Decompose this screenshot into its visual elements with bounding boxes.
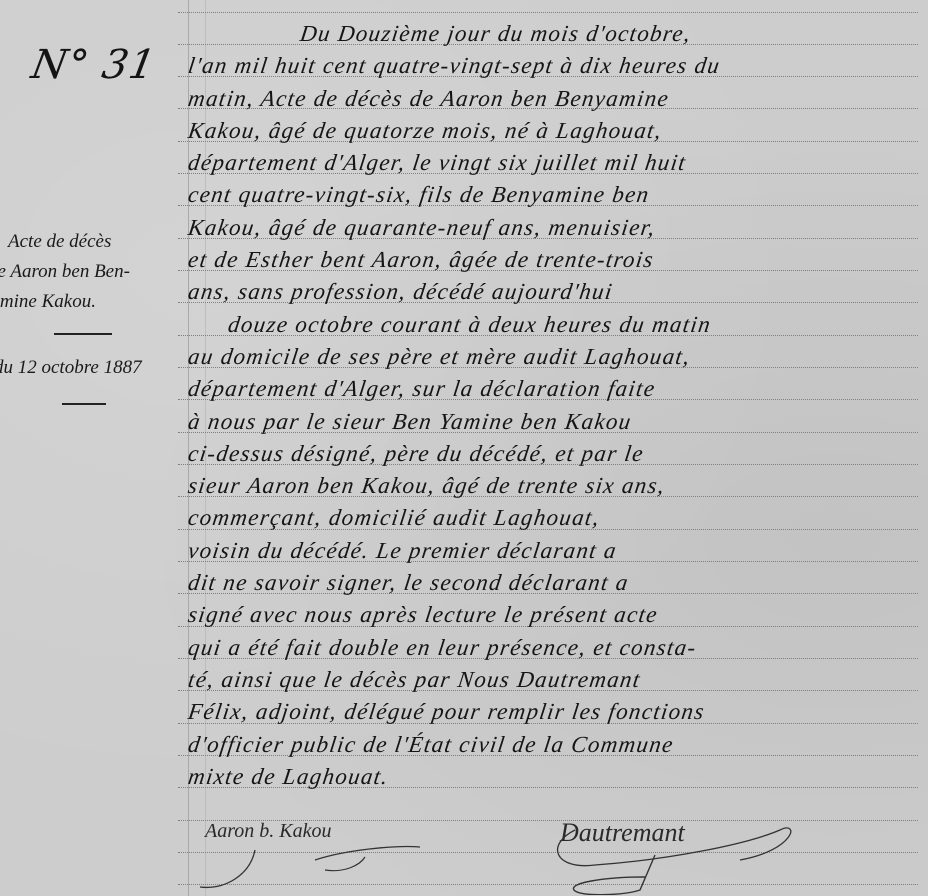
body-line: Félix, adjoint, délégué pour remplir les…: [186, 696, 928, 728]
body-line: Kakou, âgé de quatorze mois, né à Laghou…: [186, 115, 928, 147]
margin-note: Acte de décès de Aaron ben Ben- yamine K…: [0, 227, 178, 317]
body-line: ans, sans profession, décédé aujourd'hui: [186, 276, 928, 308]
register-page: N° 31 Acte de décès de Aaron ben Ben- ya…: [0, 0, 928, 896]
body-line: cent quatre-vingt-six, fils de Benyamine…: [186, 179, 928, 211]
body-line: et de Esther bent Aaron, âgée de trente-…: [186, 244, 928, 276]
body-line: dit ne savoir signer, le second déclaran…: [186, 567, 928, 599]
body-line: à nous par le sieur Ben Yamine ben Kakou: [186, 406, 928, 438]
act-body: Du Douzième jour du mois d'octobre, l'an…: [186, 18, 928, 793]
body-line: matin, Acte de décès de Aaron ben Benyam…: [186, 83, 928, 115]
body-line: sieur Aaron ben Kakou, âgé de trente six…: [186, 470, 928, 502]
body-line: département d'Alger, le vingt six juille…: [186, 147, 928, 179]
body-line: qui a été fait double en leur présence, …: [186, 632, 928, 664]
body-line: l'an mil huit cent quatre-vingt-sept à d…: [186, 50, 928, 82]
body-line: douze octobre courant à deux heures du m…: [186, 309, 928, 341]
body-line: voisin du décédé. Le premier déclarant a: [186, 535, 928, 567]
body-line: té, ainsi que le décès par Nous Dautrema…: [186, 664, 928, 696]
margin-note-line: yamine Kakou.: [0, 287, 178, 317]
body-line: Du Douzième jour du mois d'octobre,: [186, 18, 928, 50]
margin-note-line: de Aaron ben Ben-: [0, 257, 178, 287]
signature-flourish-icon: [195, 845, 425, 895]
body-line: au domicile de ses père et mère audit La…: [186, 341, 928, 373]
body-line: signé avec nous après lecture le présent…: [186, 599, 928, 631]
margin-date-line: du 12 octobre 1887: [0, 353, 178, 383]
margin-divider: [54, 333, 112, 335]
ruled-line: [178, 12, 918, 13]
margin-divider: [62, 403, 106, 405]
entry-number: N° 31: [28, 42, 160, 88]
body-line: commerçant, domicilié audit Laghouat,: [186, 502, 928, 534]
officer-flourish-icon: [545, 815, 805, 895]
body-line: d'officier public de l'État civil de la …: [186, 729, 928, 761]
declarant-signature: Aaron b. Kakou: [205, 820, 331, 843]
body-line: Kakou, âgé de quarante-neuf ans, menuisi…: [186, 212, 928, 244]
body-line: mixte de Laghouat.: [186, 761, 928, 793]
body-line: ci-dessus désigné, père du décédé, et pa…: [186, 438, 928, 470]
body-line: département d'Alger, sur la déclaration …: [186, 373, 928, 405]
margin-note-line: Acte de décès: [0, 227, 178, 257]
margin-date: du 12 octobre 1887: [0, 353, 178, 383]
